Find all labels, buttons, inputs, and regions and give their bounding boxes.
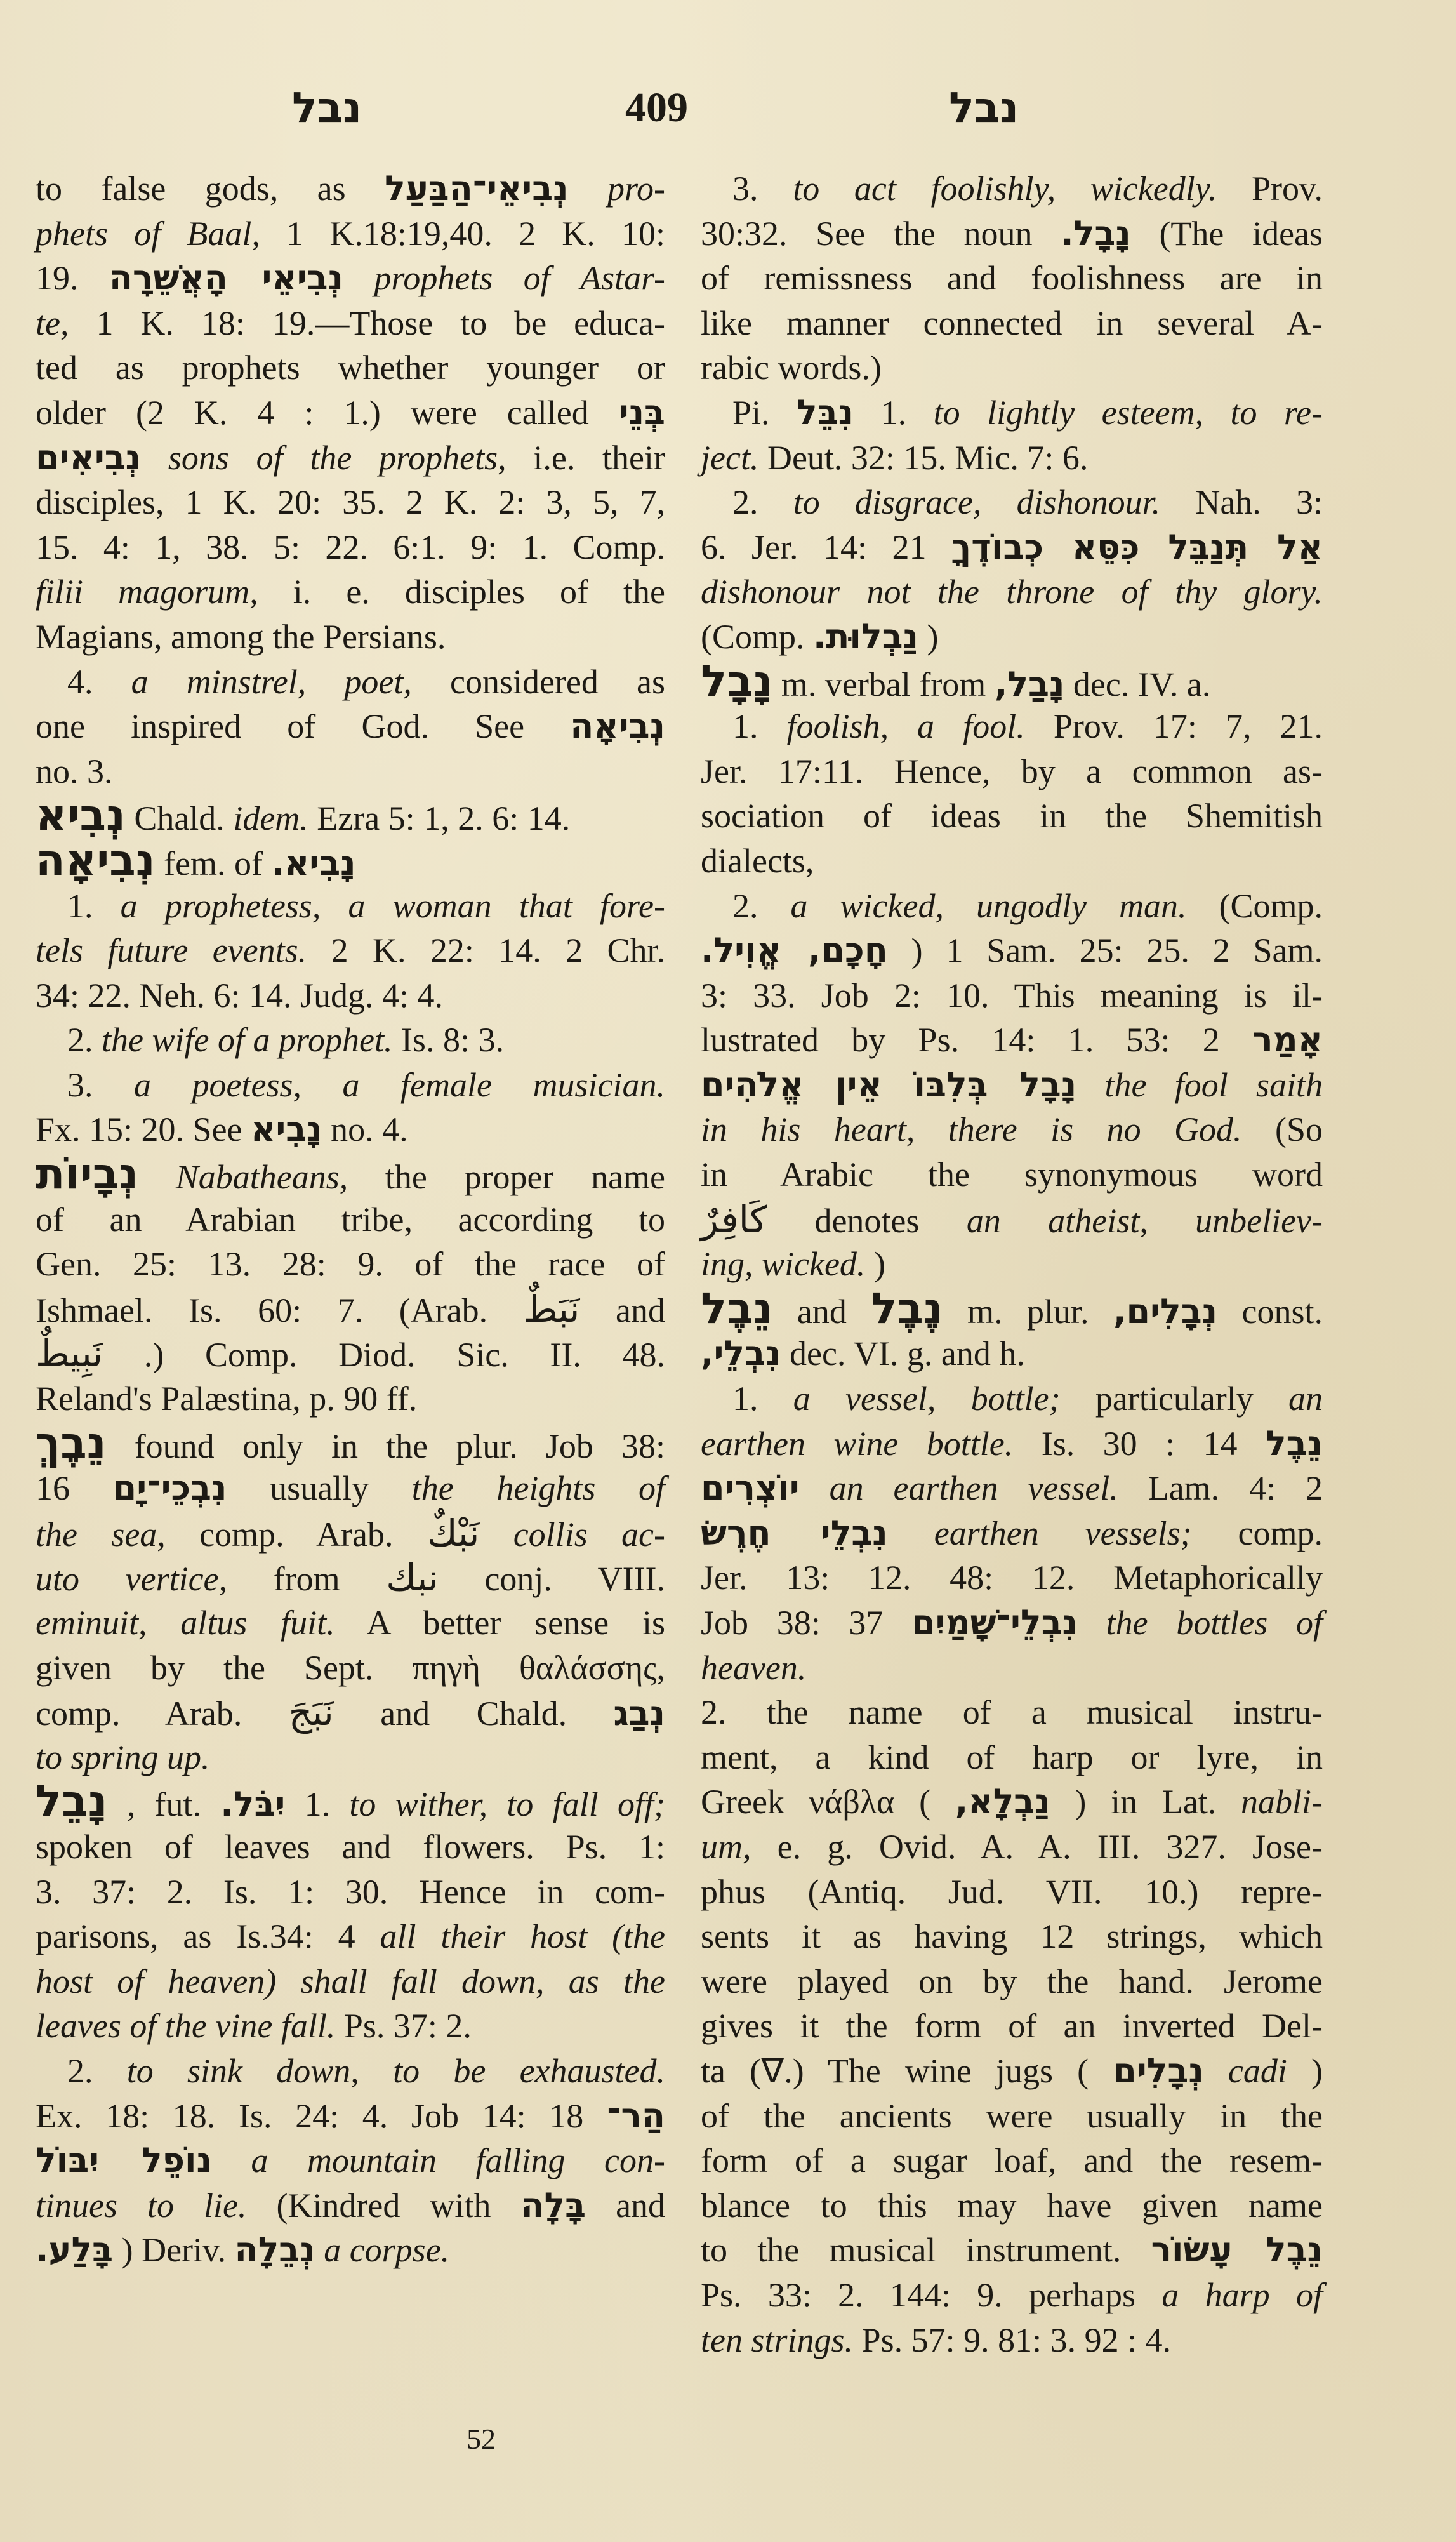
text: Fx. 15: 20. See (36, 1110, 242, 1148)
hebrew-text: חָכָם, אֱוִיל. (701, 930, 888, 970)
text-line: leaves of the vine fall. Ps. 37: 2. (36, 2004, 665, 2049)
arabic-text: نَبِيطٌ (36, 1332, 103, 1375)
text-line: 2. the name of a musical instru- (701, 1690, 1323, 1735)
text: and (616, 2186, 665, 2225)
text: comp. Arab. (36, 1694, 242, 1733)
text: disciples, 1 K. 20: 35. 2 K. 2: 3, 5, 7, (36, 483, 665, 521)
text: ) (1311, 2052, 1323, 2090)
right-column: 3. to act foolishly, wickedly. Prov.30:3… (701, 166, 1323, 2362)
headword: נָבָל (701, 656, 772, 707)
text-line: 2. to disgrace, dishonour. Nah. 3: (701, 480, 1323, 525)
text: older (2 K. 4 : 1.) were called (36, 394, 589, 432)
text: Ishmael. Is. 60: 7. (Arab. (36, 1291, 487, 1329)
text-line: 16 נִבְכֵי־יָם usually the heights of (36, 1466, 665, 1511)
text-line: Jer. 13: 12. 48: 12. Metaphorically (701, 1555, 1323, 1600)
italic-gloss: ing, wicked. (701, 1245, 865, 1283)
text: denotes (814, 1202, 919, 1240)
text: 6. Jer. 14: 21 (701, 528, 927, 566)
text-line: ment, a kind of harp or lyre, in (701, 1735, 1323, 1780)
italic-gloss: earthen wine bottle. (701, 1425, 1013, 1463)
italic-gloss: to sink down, to be exhausted. (127, 2052, 665, 2090)
text-line: tinues to lie. (Kindred with בָּלָה and (36, 2183, 665, 2228)
text-line: נְבָיוֹת Nabatheans, the proper name (36, 1152, 665, 1197)
text: comp. (1238, 1514, 1323, 1552)
text-line: heaven. (701, 1646, 1323, 1691)
headword: נְבִיא (36, 790, 126, 841)
text-line: ted as prophets whether younger or (36, 345, 665, 390)
text: particularly (1095, 1380, 1254, 1418)
text: 1. (67, 887, 93, 925)
text: phus (Antiq. Jud. VII. 10.) repre- (701, 1873, 1323, 1911)
text: 1. (881, 394, 907, 432)
text-line: 3: 33. Job 2: 10. This meaning is il- (701, 973, 1323, 1018)
text: rabic words.) (701, 349, 882, 387)
hebrew-text: נִבְלֵי־שָׁמַיִם (911, 1602, 1078, 1642)
text: of remissness and foolishness are in (701, 259, 1323, 297)
hebrew-text: נוֹפֵל יִבּוֹל (36, 2140, 212, 2180)
text: ) (927, 618, 939, 656)
text-line: one inspired of God. See נְבִיאָה (36, 704, 665, 749)
italic-gloss: um, (701, 1828, 751, 1866)
greek-text: νάβλα (809, 1783, 895, 1821)
text-line: parisons, as Is.34: 4 all their host (th… (36, 1914, 665, 1959)
italic-gloss: cadi (1228, 2052, 1287, 2090)
italic-gloss: all their host (the (380, 1917, 665, 1955)
text-line: Jer. 17:11. Hence, by a common as- (701, 749, 1323, 794)
text: Ezra 5: 1, 2. 6: 14. (317, 799, 570, 837)
text: (The ideas (1159, 215, 1323, 253)
hebrew-text: נְבַג (613, 1693, 665, 1733)
italic-gloss: the bottles of (1106, 1604, 1323, 1642)
hebrew-text: נִבְכֵי־יָם (113, 1468, 227, 1508)
text-line: נְבִיאִים sons of the prophets, i.e. the… (36, 436, 665, 481)
text: 1. (732, 1380, 758, 1418)
italic-gloss: te, (36, 304, 69, 342)
text: to the musical instrument. (701, 2231, 1121, 2269)
hebrew-text: בָּלָה (520, 2185, 586, 2225)
left-column: to false gods, as נְבִיאֵי־הַבַּעַל pro-… (36, 166, 665, 2273)
text: Gen. 25: 13. 28: 9. of the race of (36, 1245, 665, 1283)
hebrew-text: בְּנֵי (619, 392, 665, 432)
text-line: 34: 22. Neh. 6: 14. Judg. 4: 4. (36, 973, 665, 1018)
italic-gloss: host of heaven) shall fall down, as the (36, 1962, 665, 2000)
text-line: 3. 37: 2. Is. 1: 30. Hence in com- (36, 1870, 665, 1915)
italic-gloss: the fool saith (1104, 1066, 1323, 1104)
hebrew-text: נָבָל בְּלִבּוֹ אֵין אֱלֹהִים (701, 1065, 1076, 1105)
text-line: 4. a minstrel, poet, considered as (36, 660, 665, 705)
text: parisons, as Is.34: 4 (36, 1917, 355, 1955)
italic-gloss: an (1288, 1380, 1323, 1418)
text-line: uto vertice, from نبك conj. VIII. (36, 1555, 665, 1600)
italic-gloss: ten strings. (701, 2321, 853, 2359)
hebrew-text: נֵבֶל (1266, 1423, 1323, 1463)
text-line: נֵבֶךְ found only in the plur. Job 38: (36, 1421, 665, 1467)
text: A better sense is (367, 1604, 665, 1642)
text-line: te, 1 K. 18: 19.—Those to be educa- (36, 301, 665, 346)
text-line: Job 38: 37 נִבְלֵי־שָׁמַיִם the bottles … (701, 1600, 1323, 1646)
text: 2. (732, 887, 758, 925)
text-line: נוֹפֵל יִבּוֹל a mountain falling con- (36, 2138, 665, 2183)
text-line: given by the Sept. πηγὴ θαλάσσης, (36, 1646, 665, 1691)
text: ta (∇.) The wine jugs ( (701, 2052, 1089, 2090)
text: considered as (450, 663, 665, 701)
hebrew-text: יִבֹּל. (220, 1784, 285, 1824)
headword: נֵבֶל (701, 1284, 772, 1334)
italic-gloss: the heights of (412, 1469, 665, 1507)
text: (Comp. (1219, 887, 1323, 925)
text-line: eminuit, altus fuit. A better sense is (36, 1600, 665, 1646)
italic-gloss: a harp of (1161, 2276, 1323, 2314)
text: one inspired of God. See (36, 707, 524, 745)
text: 1 K.18:19,40. 2 K. 10: (286, 215, 665, 253)
italic-gloss: leaves of the vine fall. (36, 2007, 335, 2045)
arabic-text: نَبْكٌ (427, 1512, 480, 1555)
text-line: Magians, among the Persians. (36, 615, 665, 660)
text: 15. 4: 1, 38. 5: 22. 6:1. 9: 1. Comp. (36, 528, 665, 566)
text-line: in his heart, there is no God. (So (701, 1107, 1323, 1152)
text-line: 2. to sink down, to be exhausted. (36, 2049, 665, 2094)
text-line: (Comp. נַבְלוּת. ) (701, 615, 1323, 660)
hebrew-text: נְבִיאִים (36, 437, 141, 477)
text-line: tels future events. 2 K. 22: 14. 2 Chr. (36, 928, 665, 973)
text: the proper name (385, 1158, 665, 1196)
italic-gloss: a vessel, bottle; (793, 1380, 1061, 1418)
text: in Arabic the synonymous word (701, 1155, 1323, 1194)
text-line: um, e. g. Ovid. A. A. III. 327. Jose- (701, 1825, 1323, 1870)
italic-gloss: foolish, a fool. (787, 707, 1025, 745)
text: dialects, (701, 842, 814, 880)
hebrew-text: נְבִיאָה (570, 706, 665, 746)
headword: נְבִיאָה (36, 835, 156, 886)
italic-gloss: collis ac- (513, 1515, 665, 1554)
text-line: Ishmael. Is. 60: 7. (Arab. نَبَطٌ and (36, 1287, 665, 1332)
hebrew-text: נְבִיאֵי־הַבַּעַל (385, 168, 569, 208)
italic-gloss: Nabatheans, (176, 1158, 348, 1196)
headword: נֵבֶךְ (36, 1418, 107, 1468)
italic-gloss: a corpse. (324, 2231, 449, 2269)
text-line: ing, wicked. ) (701, 1242, 1323, 1287)
running-header: נבל 409 נבל (0, 76, 1456, 140)
text-line: נָבָל בְּלִבּוֹ אֵין אֱלֹהִים the fool s… (701, 1063, 1323, 1108)
text-line: Fx. 15: 20. See נָבִיא no. 4. (36, 1107, 665, 1152)
text: ) Deriv. (122, 2231, 226, 2269)
text: sociation of ideas in the Shemitish (701, 797, 1323, 835)
text: 2 K. 22: 14. 2 Chr. (331, 931, 665, 969)
text: from (274, 1560, 340, 1598)
text-line: 1. a prophetess, a woman that fore- (36, 884, 665, 929)
italic-gloss: an earthen vessel. (830, 1469, 1118, 1507)
arabic-text: نَبَطٌ (524, 1288, 580, 1331)
text-line: disciples, 1 K. 20: 35. 2 K. 2: 3, 5, 7, (36, 480, 665, 525)
italic-gloss: prophets of Astar- (374, 259, 665, 297)
text: to false gods, as (36, 170, 346, 208)
text-line: dishonour not the throne of thy glory. (701, 569, 1323, 615)
italic-gloss: nabli- (1241, 1783, 1323, 1821)
text: 3. (732, 170, 758, 208)
text-line: נְבִיא Chald. idem. Ezra 5: 1, 2. 6: 14. (36, 794, 665, 839)
italic-gloss: a poetess, a female musician. (134, 1066, 665, 1104)
text: Job 38: 37 (701, 1604, 883, 1642)
italic-gloss: eminuit, altus fuit. (36, 1604, 335, 1642)
text-line: sents it as having 12 strings, which (701, 1914, 1323, 1959)
text-line: נִבְלֵי, dec. VI. g. and h. (701, 1331, 1323, 1376)
italic-gloss: to wither, to fall off; (349, 1785, 665, 1823)
text-line: older (2 K. 4 : 1.) were called בְּנֵי (36, 390, 665, 436)
text-line: חָכָם, אֱוִיל. ) 1 Sam. 25: 25. 2 Sam. (701, 928, 1323, 973)
text: Nah. 3: (1195, 483, 1323, 521)
italic-gloss: filii magorum, (36, 573, 258, 611)
text-line: to the musical instrument. נֵבֶל עָשׂוֹר (701, 2228, 1323, 2273)
text-line: to false gods, as נְבִיאֵי־הַבַּעַל pro- (36, 166, 665, 211)
text-line: spoken of leaves and flowers. Ps. 1: (36, 1825, 665, 1870)
text-line: phus (Antiq. Jud. VII. 10.) repre- (701, 1870, 1323, 1915)
italic-gloss: a wicked, ungodly man. (791, 887, 1187, 925)
text-line: ten strings. Ps. 57: 9. 81: 3. 92 : 4. (701, 2318, 1323, 2363)
text: fem. of (164, 844, 263, 882)
text: and Chald. (380, 1694, 567, 1733)
text: Chald. (134, 799, 225, 837)
text: m. plur. (967, 1293, 1089, 1331)
text: lustrated by Ps. 14: 1. 53: 2 (701, 1021, 1220, 1059)
text: comp. Arab. (199, 1515, 393, 1554)
text-line: host of heaven) shall fall down, as the (36, 1959, 665, 2004)
text-line: 19. נְבִיאֵי הָאֲשֵׁרָה prophets of Asta… (36, 256, 665, 301)
text: 2. (67, 2052, 93, 2090)
text: Ps. 57: 9. 81: 3. 92 : 4. (862, 2321, 1172, 2359)
text: of the ancients were usually in the (701, 2097, 1323, 2135)
text-line: in Arabic the synonymous word (701, 1152, 1323, 1197)
text-line: no. 3. (36, 749, 665, 794)
text: form of a sugar loaf, and the resem- (701, 2141, 1323, 2179)
hebrew-text: בָּלַע. (36, 2230, 113, 2270)
text: and (616, 1291, 665, 1329)
text: blance to this may have given name (701, 2186, 1323, 2225)
text-line: form of a sugar loaf, and the resem- (701, 2138, 1323, 2183)
hebrew-text: נְבִיאֵי הָאֲשֵׁרָה (109, 258, 343, 298)
text: Lam. 4: 2 (1148, 1469, 1323, 1507)
hebrew-text: נִבְלֵי חֶרֶשׂ (701, 1513, 888, 1553)
italic-gloss: an atheist, unbeliev- (967, 1202, 1323, 1240)
italic-gloss: in his heart, there is no God. (701, 1110, 1242, 1148)
arabic-text: كَافِرٌ (701, 1198, 767, 1241)
text-line: نَبِيطٌ .) Comp. Diod. Sic. II. 48. (36, 1331, 665, 1376)
text: given by the Sept. (36, 1649, 373, 1687)
hebrew-text: נִבְלֵי, (701, 1333, 781, 1373)
text: 2. the name of a musical instru- (701, 1693, 1323, 1731)
italic-gloss: ject. (701, 439, 758, 477)
text: 4. (67, 663, 93, 701)
text-line: the sea, comp. Arab. نَبْكٌ collis ac- (36, 1511, 665, 1556)
text: of an Arabian tribe, according to (36, 1201, 665, 1239)
text: Jer. 13: 12. 48: 12. Metaphorically (701, 1559, 1323, 1597)
text: (So (1275, 1110, 1323, 1148)
text-line: בָּלַע. ) Deriv. נְבֵלָה a corpse. (36, 2228, 665, 2273)
text: 16 (36, 1469, 70, 1507)
text-line: كَافِرٌ denotes an atheist, unbeliev- (701, 1197, 1323, 1242)
text: Ps. 33: 2. 144: 9. perhaps (701, 2276, 1135, 2314)
text-line: filii magorum, i. e. disciples of the (36, 569, 665, 615)
text-line: like manner connected in several A- (701, 301, 1323, 346)
text-line: 15. 4: 1, 38. 5: 22. 6:1. 9: 1. Comp. (36, 525, 665, 570)
text: dec. IV. a. (1073, 665, 1210, 703)
text-line: 1. foolish, a fool. Prov. 17: 7, 21. (701, 704, 1323, 749)
text: 3: 33. Job 2: 10. This meaning is il- (701, 976, 1323, 1015)
headword: נְבָיוֹת (36, 1149, 138, 1199)
page-number: 409 (625, 76, 688, 140)
text-line: dialects, (701, 839, 1323, 884)
hebrew-text: אַל תְּנַבֵּל כִּסֵּא כְבוֹדֶךָ (951, 527, 1323, 567)
text: conj. VIII. (484, 1560, 665, 1598)
text: Deut. 32: 15. Mic. 7: 6. (767, 439, 1088, 477)
text: Magians, among the Persians. (36, 618, 446, 656)
text: const. (1242, 1293, 1323, 1331)
hebrew-text: נַבְלוּת. (813, 616, 918, 656)
header-left-headword: נבל (292, 76, 362, 140)
text-line: Gen. 25: 13. 28: 9. of the race of (36, 1242, 665, 1287)
text-line: Ps. 33: 2. 144: 9. perhaps a harp of (701, 2273, 1323, 2318)
text: dec. VI. g. and h. (790, 1334, 1025, 1373)
text: (Kindred with (276, 2186, 491, 2225)
text: 2. (67, 1021, 93, 1059)
italic-gloss: tinues to lie. (36, 2186, 246, 2225)
text-line: Greek νάβλα ( נַבְלָא, ) in Lat. nabli- (701, 1780, 1323, 1825)
text-line: sociation of ideas in the Shemitish (701, 794, 1323, 839)
text-line: gives it the form of an inverted Del- (701, 2004, 1323, 2049)
text-line: rabic words.) (701, 345, 1323, 390)
text: Greek (701, 1783, 784, 1821)
headword: נֶבֶל (871, 1284, 943, 1334)
headword: נָבֵל (36, 1776, 107, 1827)
text-line: נְבִיאָה fem. of נָבִיא. (36, 839, 665, 884)
text-line: lustrated by Ps. 14: 1. 53: 2 אָמַר (701, 1018, 1323, 1063)
text: ted as prophets whether younger or (36, 349, 665, 387)
text-line: 30:32. See the noun נָבָל. (The ideas (701, 211, 1323, 256)
text-line: Pi. נִבֵּל 1. to lightly esteem, to re- (701, 390, 1323, 436)
hebrew-text: נֵבֶל עָשׂוֹר (1151, 2230, 1323, 2270)
text-line: יוֹצְרִים an earthen vessel. Lam. 4: 2 (701, 1466, 1323, 1511)
text: ) in Lat. (1075, 1783, 1216, 1821)
text-line: comp. Arab. نَبَجَ and Chald. נְבַג (36, 1690, 665, 1735)
text-line: 6. Jer. 14: 21 אַל תְּנַבֵּל כִּסֵּא כְב… (701, 525, 1323, 570)
text: usually (270, 1469, 369, 1507)
text-line: נָבָל m. verbal from נָבַל, dec. IV. a. (701, 660, 1323, 705)
italic-gloss: to lightly esteem, to re- (934, 394, 1323, 432)
italic-gloss: idem. (233, 799, 308, 837)
hebrew-text: נְבָלִים (1113, 2051, 1204, 2091)
greek-text: πηγὴ θαλάσσης, (412, 1649, 665, 1687)
text: ment, a kind of harp or lyre, in (701, 1738, 1323, 1776)
header-right-headword: נבל (949, 76, 1019, 140)
text: 1. (732, 707, 758, 745)
text-line: earthen wine bottle. Is. 30 : 14 נֵבֶל (701, 1421, 1323, 1467)
text: , fut. (127, 1785, 201, 1823)
text: 2. (732, 483, 758, 521)
italic-gloss: sons of the prophets, (168, 439, 506, 477)
text-line: 2. a wicked, ungodly man. (Comp. (701, 884, 1323, 929)
hebrew-text: נִבֵּל (797, 392, 854, 432)
italic-gloss: tels future events. (36, 931, 307, 969)
text: Ex. 18: 18. Is. 24: 4. Job 14: 18 (36, 2097, 583, 2135)
italic-gloss: dishonour not the throne of thy glory. (701, 573, 1323, 611)
text: 1 K. 18: 19.—Those to be educa- (96, 304, 665, 342)
italic-gloss: the wife of a prophet. (102, 1021, 392, 1059)
text-line: 2. the wife of a prophet. Is. 8: 3. (36, 1018, 665, 1063)
hebrew-text: נָבַל, (995, 664, 1065, 704)
hebrew-text: נַבְלָא, (955, 1781, 1050, 1821)
text-line: phets of Baal, 1 K.18:19,40. 2 K. 10: (36, 211, 665, 256)
text-line: blance to this may have given name (701, 2183, 1323, 2228)
text-line: נָבֵל , fut. יִבֹּל. 1. to wither, to fa… (36, 1780, 665, 1825)
text-line: נֵבֶל and נֶבֶל m. plur. נְבָלִים, const… (701, 1287, 1323, 1332)
text: like manner connected in several A- (701, 304, 1323, 342)
hebrew-text: נְבָלִים, (1113, 1291, 1217, 1331)
text: sents it as having 12 strings, which (701, 1917, 1323, 1955)
text: gives it the form of an inverted Del- (701, 2007, 1323, 2045)
hebrew-text: נְבֵלָה (235, 2230, 315, 2270)
text-line: 1. a vessel, bottle; particularly an (701, 1376, 1323, 1421)
italic-gloss: earthen vessels; (934, 1514, 1192, 1552)
text: Ps. 37: 2. (344, 2007, 472, 2045)
text: no. 3. (36, 752, 113, 790)
text-line: 3. a poetess, a female musician. (36, 1063, 665, 1108)
text-line: Ex. 18: 18. Is. 24: 4. Job 14: 18 הַר־ (36, 2094, 665, 2139)
text: ) 1 Sam. 25: 25. 2 Sam. (911, 931, 1323, 969)
text: Reland's Palæstina, p. 90 ff. (36, 1380, 417, 1418)
text: 1. (305, 1785, 331, 1823)
text: 30:32. See the noun (701, 215, 1032, 253)
text: (Comp. (701, 618, 805, 656)
text-line: of the ancients were usually in the (701, 2094, 1323, 2139)
hebrew-text: הַר־ (607, 2096, 665, 2136)
text: ( (919, 1783, 930, 1821)
text: .) Comp. Diod. Sic. II. 48. (144, 1336, 665, 1374)
text-line: Reland's Palæstina, p. 90 ff. (36, 1376, 665, 1421)
italic-gloss: heaven. (701, 1649, 806, 1687)
text: 34: 22. Neh. 6: 14. Judg. 4: 4. (36, 976, 443, 1015)
text: found only in the plur. Job 38: (135, 1427, 665, 1465)
arabic-text: نَبَجَ (289, 1691, 334, 1734)
text: ) (874, 1245, 885, 1283)
italic-gloss: pro- (607, 170, 665, 208)
hebrew-text: אָמַר (1252, 1020, 1323, 1060)
text: i.e. their (533, 439, 665, 477)
text: 3. 37: 2. Is. 1: 30. Hence in com- (36, 1873, 665, 1911)
arabic-text: نبك (386, 1556, 439, 1599)
italic-gloss: phets of Baal, (36, 215, 260, 253)
signature-mark: 52 (467, 2422, 496, 2456)
text-line: were played on by the hand. Jerome (701, 1959, 1323, 2004)
text: no. 4. (331, 1110, 408, 1148)
hebrew-text: יוֹצְרִים (701, 1468, 800, 1508)
text: spoken of leaves and flowers. Ps. 1: (36, 1828, 665, 1866)
text-line: נִבְלֵי חֶרֶשׂ earthen vessels; comp. (701, 1511, 1323, 1556)
text-line: of remissness and foolishness are in (701, 256, 1323, 301)
italic-gloss: to disgrace, dishonour. (793, 483, 1160, 521)
text: and (797, 1293, 847, 1331)
text: Jer. 17:11. Hence, by a common as- (701, 752, 1323, 790)
text: were played on by the hand. Jerome (701, 1962, 1323, 2000)
italic-gloss: to act foolishly, wickedly. (793, 170, 1217, 208)
italic-gloss: a minstrel, poet, (131, 663, 412, 701)
text-line: 3. to act foolishly, wickedly. Prov. (701, 166, 1323, 211)
text: 19. (36, 259, 79, 297)
text: e. g. Ovid. A. A. III. 327. Jose- (778, 1828, 1323, 1866)
text: Pi. (732, 394, 770, 432)
hebrew-text: נָבִיא. (271, 843, 355, 883)
text: 3. (67, 1066, 93, 1104)
text: m. verbal from (781, 665, 986, 703)
text-line: to spring up. (36, 1735, 665, 1780)
